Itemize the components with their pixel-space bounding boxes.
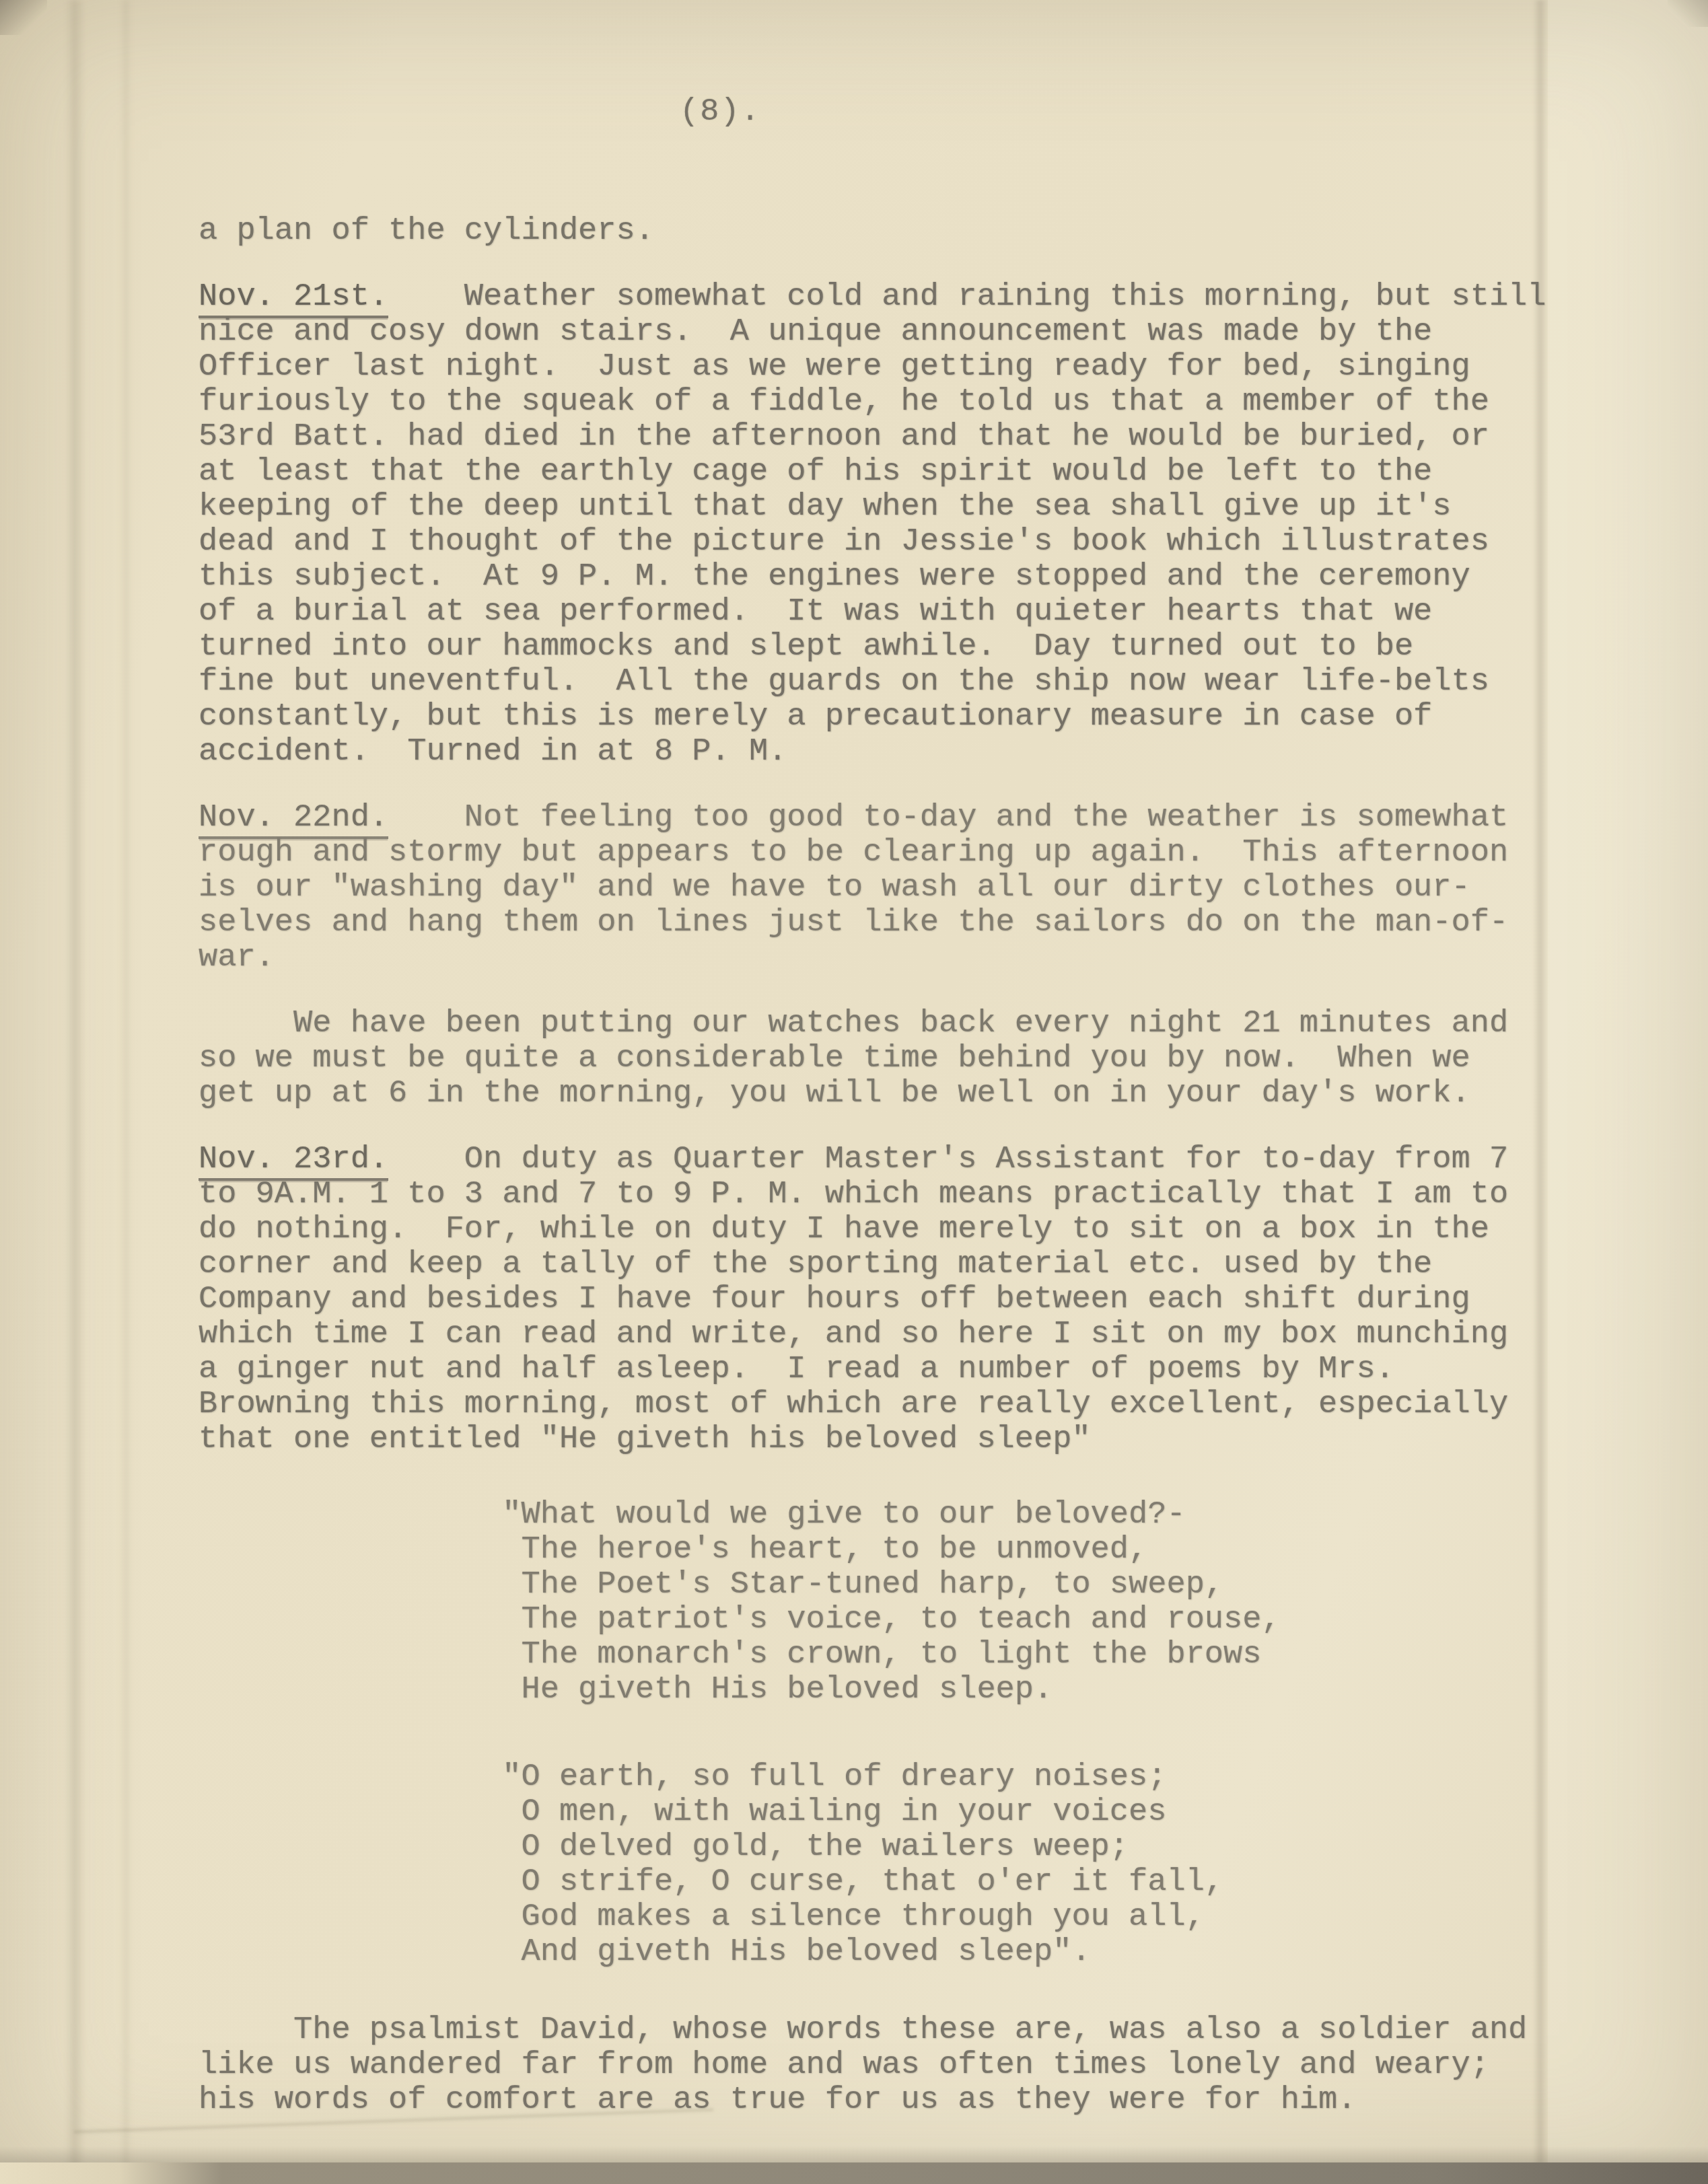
poem-line: "What would we give to our beloved?- [502,1498,1607,1533]
text-line: at least that the earthly cage of his sp… [199,455,1607,490]
text-line: selves and hang them on lines just like … [199,906,1607,941]
text-line: nice and cosy down stairs. A unique anno… [199,315,1607,350]
entry-first-line: Nov. 21st.Weather somewhat cold and rain… [199,280,1607,315]
text-line: The psalmist David, whose words these ar… [199,2013,1607,2048]
text-line: turned into our hammocks and slept awhil… [199,630,1607,665]
text-line: is our "washing day" and we have to wash… [199,871,1607,906]
text-line: a plan of the cylinders. [199,214,1607,249]
text-line: this subject. At 9 P. M. the engines wer… [199,560,1607,595]
poem-line: The monarch's crown, to light the brows [502,1638,1607,1673]
text-line: fine but uneventful. All the guards on t… [199,665,1607,700]
text-line: so we must be quite a considerable time … [199,1042,1607,1077]
text-line: Browning this morning, most of which are… [199,1387,1607,1422]
typewritten-body: a plan of the cylinders. Nov. 21st.Weath… [199,214,1607,2118]
text-line: corner and keep a tally of the sporting … [199,1247,1607,1282]
entry-date-heading: Nov. 21st. [199,279,388,318]
watches-paragraph: We have been putting our watches back ev… [199,1007,1607,1112]
text-line: rough and stormy but appears to be clear… [199,836,1607,871]
text-line: like us wandered far from home and was o… [199,2048,1607,2083]
poem-line: The Poet's Star-tuned harp, to sweep, [502,1568,1607,1603]
text-line: furiously to the squeak of a fiddle, he … [199,385,1607,420]
entry-first-line: Nov. 23rd.On duty as Quarter Master's As… [199,1142,1607,1177]
diary-entry-nov-22: Nov. 22nd.Not feeling too good to-day an… [199,801,1607,976]
continuation-paragraph: a plan of the cylinders. [199,214,1607,249]
poem-line: The heroe's heart, to be unmoved, [502,1533,1607,1568]
poem-line: The patriot's voice, to teach and rouse, [502,1603,1607,1638]
entry-text: Weather somewhat cold and raining this m… [464,279,1546,315]
text-line: his words of comfort are as true for us … [199,2083,1607,2118]
closing-paragraph: The psalmist David, whose words these ar… [199,2013,1607,2118]
text-line: 53rd Batt. had died in the afternoon and… [199,420,1607,455]
diary-entry-nov-21: Nov. 21st.Weather somewhat cold and rain… [199,280,1607,770]
entry-text: Not feeling too good to-day and the weat… [464,800,1508,836]
entry-text: On duty as Quarter Master's Assistant fo… [464,1142,1508,1177]
scan-corner-shadow-top-left [0,0,47,35]
text-line: dead and I thought of the picture in Jes… [199,525,1607,560]
text-line: that one entitled "He giveth his beloved… [199,1422,1607,1457]
text-line: a ginger nut and half asleep. I read a n… [199,1352,1607,1387]
text-line: war. [199,941,1607,976]
entry-date-heading: Nov. 22nd. [199,800,388,839]
poem-line: God makes a silence through you all, [502,1900,1607,1935]
paper-crease-left-2 [120,0,132,2184]
text-line: do nothing. For, while on duty I have me… [199,1212,1607,1247]
poem-line: O strife, O curse, that o'er it fall, [502,1865,1607,1900]
paper-crease-left [66,0,85,2184]
diary-entry-nov-23: Nov. 23rd.On duty as Quarter Master's As… [199,1142,1607,1457]
text-line: which time I can read and write, and so … [199,1317,1607,1352]
entry-first-line: Nov. 22nd.Not feeling too good to-day an… [199,801,1607,836]
page-number: (8). [680,94,761,130]
scan-bottom-edge [0,2162,1708,2184]
text-line: get up at 6 in the morning, you will be … [199,1077,1607,1112]
text-line: constantly, but this is merely a precaut… [199,700,1607,735]
text-line: keeping of the deep until that day when … [199,490,1607,525]
poem-line: He giveth His beloved sleep. [502,1673,1607,1708]
text-line: Officer last night. Just as we were gett… [199,350,1607,385]
scan-bottom-shadow [0,2146,1708,2164]
poem-stanza-1: "What would we give to our beloved?- The… [502,1498,1607,1708]
text-line: of a burial at sea performed. It was wit… [199,595,1607,630]
poem-line: "O earth, so full of dreary noises; [502,1760,1607,1795]
poem-line: O men, with wailing in your voices [502,1795,1607,1830]
text-line: accident. Turned in at 8 P. M. [199,735,1607,770]
text-line: Company and besides I have four hours of… [199,1282,1607,1317]
poem-line: And giveth His beloved sleep". [502,1935,1607,1970]
text-line: We have been putting our watches back ev… [199,1007,1607,1042]
scanned-letter-page: (8). a plan of the cylinders. Nov. 21st.… [0,0,1708,2184]
text-line: to 9A.M. 1 to 3 and 7 to 9 P. M. which m… [199,1177,1607,1212]
poem-stanza-2: "O earth, so full of dreary noises; O me… [502,1760,1607,1970]
poem-line: O delved gold, the wailers weep; [502,1830,1607,1865]
entry-date-heading: Nov. 23rd. [199,1142,388,1181]
